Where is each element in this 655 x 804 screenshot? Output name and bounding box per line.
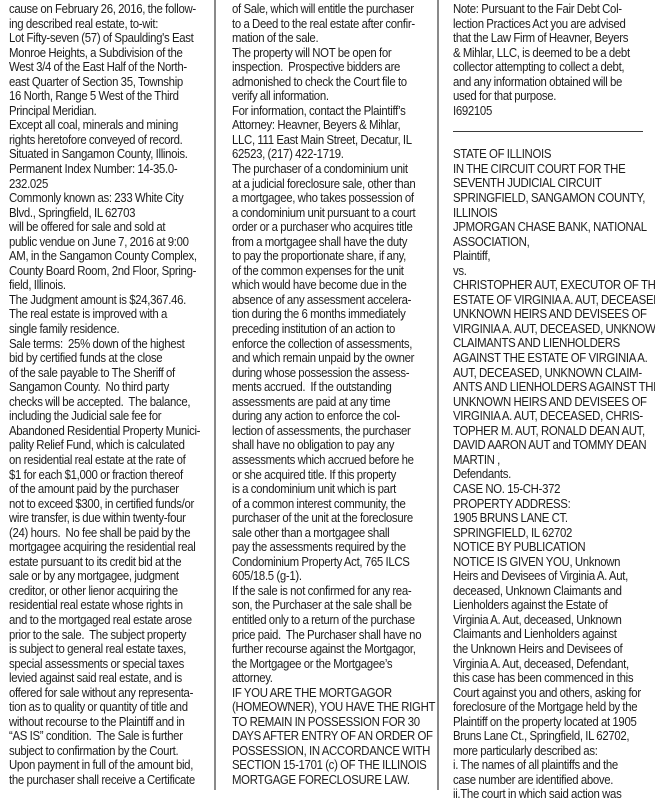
text-line: to a Deed to the real estate after confi… bbox=[232, 17, 418, 32]
text-line: Commonly known as: 233 White City bbox=[9, 191, 190, 206]
text-line: NOTICE IS GIVEN YOU, Unknown bbox=[453, 555, 639, 570]
text-line: not to exceed $300, in certified funds/o… bbox=[9, 497, 190, 512]
text-line: Attorney: Heavner, Beyers & Mihlar, bbox=[232, 118, 418, 133]
text-line: and to the mortgaged real estate arose bbox=[9, 613, 190, 628]
text-line: TO REMAIN IN POSSESSION FOR 30 bbox=[232, 715, 418, 730]
text-line: Permanent Index Number: 14-35.0- bbox=[9, 162, 190, 177]
text-line: a mortgagee, who takes possession of bbox=[232, 191, 418, 206]
text-line: mortgagee acquiring the residential real bbox=[9, 540, 190, 555]
text-line: UNKNOWN HEIRS AND DEVISEES OF bbox=[453, 307, 639, 322]
text-line: estate pursuant to its credit bid at the bbox=[9, 555, 190, 570]
text-line: price paid. The Purchaser shall have no bbox=[232, 628, 418, 643]
section-separator-rule bbox=[453, 131, 643, 132]
court-notice: STATE OF ILLINOISIN THE CIRCUIT COURT FO… bbox=[453, 147, 639, 802]
text-line: JPMORGAN CHASE BANK, NATIONAL bbox=[453, 220, 639, 235]
text-line: the purchaser shall receive a Certificat… bbox=[9, 773, 190, 788]
text-line: CLAIMANTS AND LIENHOLDERS bbox=[453, 336, 639, 351]
text-line: of Sale, which will entitle the purchase… bbox=[232, 2, 418, 17]
text-line: Situated in Sangamon County, Illinois. bbox=[9, 147, 190, 162]
text-line: and any information obtained will be bbox=[453, 75, 639, 90]
text-line: admonished to check the Court file to bbox=[232, 75, 418, 90]
text-line: VIRGINIA A. AUT, DECEASED, UNKNOWN bbox=[453, 322, 639, 337]
text-line: public vendue on June 7, 2016 at 9:00 bbox=[9, 235, 190, 250]
text-line: purchaser of the unit at the foreclosure bbox=[232, 511, 418, 526]
text-line: ing described real estate, to-wit: bbox=[9, 17, 190, 32]
column-divider-1 bbox=[214, 0, 216, 790]
text-line: The purchaser of a condominium unit bbox=[232, 162, 418, 177]
text-line: offered for sale without any representa- bbox=[9, 686, 190, 701]
text-line: single family residence. bbox=[9, 322, 190, 337]
text-line: which would have become due in the bbox=[232, 278, 418, 293]
text-line: this case has been commenced in this bbox=[453, 671, 639, 686]
text-line: VIRGINIA A. AUT, DECEASED, CHRIS- bbox=[453, 409, 639, 424]
text-line: Court against you and others, asking for bbox=[453, 686, 639, 701]
text-line: Bruns Lane Ct., Springfield, IL 62702, bbox=[453, 729, 639, 744]
text-line: prior to the sale. The subject property bbox=[9, 628, 190, 643]
text-line: DAVID AARON AUT and TOMMY DEAN bbox=[453, 438, 639, 453]
text-line: 16 North, Range 5 West of the Third bbox=[9, 89, 190, 104]
text-line: CHRISTOPHER AUT, EXECUTOR OF THE bbox=[453, 278, 639, 293]
legal-notices-page: cause on February 26, 2016, the follow-i… bbox=[0, 0, 655, 804]
column-2-sale-terms-continued: of Sale, which will entitle the purchase… bbox=[232, 2, 418, 788]
text-line: NOTICE BY PUBLICATION bbox=[453, 540, 639, 555]
text-line: West 3/4 of the East Half of the North- bbox=[9, 60, 190, 75]
text-line: lection of assessments, the purchaser bbox=[232, 424, 418, 439]
text-line: further recourse against the Mortgagor, bbox=[232, 642, 418, 657]
section-gap bbox=[453, 118, 639, 147]
text-line: assessments which accrued before he bbox=[232, 453, 418, 468]
text-line: 62523, (217) 422-1719. bbox=[232, 147, 418, 162]
text-line: Lienholders against the Estate of bbox=[453, 598, 639, 613]
text-line: & Mihlar, LLC, is deemed to be a debt bbox=[453, 46, 639, 61]
text-line: ments accrued. If the outstanding bbox=[232, 380, 418, 395]
text-line: field, Illinois. bbox=[9, 278, 190, 293]
text-line: AM, in the Sangamon County Complex, bbox=[9, 249, 190, 264]
text-line: I692105 bbox=[453, 104, 639, 119]
text-line: special assessments or special taxes bbox=[9, 657, 190, 672]
text-line: rights heretofore conveyed of record. bbox=[9, 133, 190, 148]
text-line: during whose possession the assess- bbox=[232, 366, 418, 381]
text-line: order or a purchaser who acquires title bbox=[232, 220, 418, 235]
text-line: pay the assessments required by the bbox=[232, 540, 418, 555]
text-line: entitled only to a return of the purchas… bbox=[232, 613, 418, 628]
text-line: Except all coal, minerals and mining bbox=[9, 118, 190, 133]
text-line: cause on February 26, 2016, the follow- bbox=[9, 2, 190, 17]
text-line: tion as to quality or quantity of title … bbox=[9, 700, 190, 715]
text-line: Monroe Heights, a Subdivision of the bbox=[9, 46, 190, 61]
column-3-notice-by-publication: Note: Pursuant to the Fair Debt Col-lect… bbox=[453, 2, 639, 802]
text-line: “AS IS” condition. The Sale is further bbox=[9, 729, 190, 744]
text-line: Virginia A. Aut, deceased, Defendant, bbox=[453, 657, 639, 672]
text-line: Sale terms: 25% down of the highest bbox=[9, 337, 190, 352]
text-line: If the sale is not confirmed for any rea… bbox=[232, 584, 418, 599]
text-line: preceding institution of an action to bbox=[232, 322, 418, 337]
text-line: vs. bbox=[453, 264, 639, 279]
text-line: without recourse to the Plaintiff and in bbox=[9, 715, 190, 730]
text-line: 1905 BRUNS LANE CT. bbox=[453, 511, 639, 526]
text-line: more particularly described as: bbox=[453, 744, 639, 759]
text-line: at a judicial foreclosure sale, other th… bbox=[232, 177, 418, 192]
text-line: of the common expenses for the unit bbox=[232, 264, 418, 279]
text-line: foreclosure of the Mortgage held by the bbox=[453, 700, 639, 715]
text-line: pality Relief Fund, which is calculated bbox=[9, 438, 190, 453]
text-line: including the Judicial sale fee for bbox=[9, 409, 190, 424]
column-1-foreclosure-sale-notice: cause on February 26, 2016, the follow-i… bbox=[9, 2, 190, 788]
text-line: AGAINST THE ESTATE OF VIRGINIA A. bbox=[453, 351, 639, 366]
text-line: from a mortgagee shall have the duty bbox=[232, 235, 418, 250]
text-line: LLC, 111 East Main Street, Decatur, IL bbox=[232, 133, 418, 148]
text-line: the Unknown Heirs and Devisees of bbox=[453, 642, 639, 657]
text-line: Abandoned Residential Property Munici- bbox=[9, 424, 190, 439]
text-line: Claimants and Lienholders against bbox=[453, 627, 639, 642]
text-line: to pay the proportionate share, if any, bbox=[232, 249, 418, 264]
text-line: POSSESSION, IN ACCORDANCE WITH bbox=[232, 744, 418, 759]
text-line: and which remain unpaid by the owner bbox=[232, 351, 418, 366]
text-line: will be offered for sale and sold at bbox=[9, 220, 190, 235]
text-line: IF YOU ARE THE MORTGAGOR bbox=[232, 686, 418, 701]
text-line: or she acquired title. If this property bbox=[232, 468, 418, 483]
text-line: (HOMEOWNER), YOU HAVE THE RIGHT bbox=[232, 700, 418, 715]
text-line: The Judgment amount is $24,367.46. bbox=[9, 293, 190, 308]
debt-collection-note: Note: Pursuant to the Fair Debt Col-lect… bbox=[453, 2, 639, 118]
text-line: Sangamon County. No third party bbox=[9, 380, 190, 395]
text-line: Lot Fifty-seven (57) of Spaulding's East bbox=[9, 31, 190, 46]
text-line: the Mortgagee or the Mortgagee’s bbox=[232, 657, 418, 672]
text-line: STATE OF ILLINOIS bbox=[453, 147, 639, 162]
text-line: The property will NOT be open for bbox=[232, 46, 418, 61]
text-line: is subject to general real estate taxes, bbox=[9, 642, 190, 657]
text-line: sale other than a mortgagee shall bbox=[232, 526, 418, 541]
text-line: on residential real estate at the rate o… bbox=[9, 453, 190, 468]
column-divider-2 bbox=[437, 0, 439, 790]
text-line: inspection. Prospective bidders are bbox=[232, 60, 418, 75]
text-line: ASSOCIATION, bbox=[453, 235, 639, 250]
text-line: SPRINGFIELD, SANGAMON COUNTY, bbox=[453, 191, 639, 206]
text-line: assessments are paid at any time bbox=[232, 395, 418, 410]
text-line: bid by certified funds at the close bbox=[9, 351, 190, 366]
text-line: creditor, or other lienor acquiring the bbox=[9, 584, 190, 599]
text-line: SECTION 15-1701 (c) OF THE ILLINOIS bbox=[232, 758, 418, 773]
text-line: subject to confirmation by the Court. bbox=[9, 744, 190, 759]
text-line: UNKNOWN HEIRS AND DEVISEES OF bbox=[453, 395, 639, 410]
text-line: (24) hours. No fee shall be paid by the bbox=[9, 526, 190, 541]
text-line: deceased, Unknown Claimants and bbox=[453, 584, 639, 599]
text-line: of a common interest community, the bbox=[232, 497, 418, 512]
text-line: PROPERTY ADDRESS: bbox=[453, 497, 639, 512]
text-line: ANTS AND LIENHOLDERS AGAINST THE bbox=[453, 380, 639, 395]
text-line: MARTIN , bbox=[453, 453, 639, 468]
text-line: residential real estate whose rights in bbox=[9, 598, 190, 613]
text-line: ILLINOIS bbox=[453, 206, 639, 221]
text-line: collector attempting to collect a debt, bbox=[453, 60, 639, 75]
text-line: Plaintiff, bbox=[453, 249, 639, 264]
text-line: lection Practices Act you are advised bbox=[453, 17, 639, 32]
text-line: wire transfer, is due within twenty-four bbox=[9, 511, 190, 526]
text-line: Upon payment in full of the amount bid, bbox=[9, 758, 190, 773]
text-line: AUT, DECEASED, UNKNOWN CLAIM- bbox=[453, 366, 639, 381]
text-line: during any action to enforce the col- bbox=[232, 409, 418, 424]
text-line: ii.The court in which said action was bbox=[453, 787, 639, 802]
text-line: SPRINGFIELD, IL 62702 bbox=[453, 526, 639, 541]
text-line: used for that purpose. bbox=[453, 89, 639, 104]
text-line: Principal Meridian. bbox=[9, 104, 190, 119]
text-line: absence of any assessment accelera- bbox=[232, 293, 418, 308]
text-line: Note: Pursuant to the Fair Debt Col- bbox=[453, 2, 639, 17]
text-line: i. The names of all plaintiffs and the bbox=[453, 758, 639, 773]
text-line: IN THE CIRCUIT COURT FOR THE bbox=[453, 162, 639, 177]
text-line: sale or by any mortgagee, judgment bbox=[9, 569, 190, 584]
text-line: Defendants. bbox=[453, 467, 639, 482]
text-line: that the Law Firm of Heavner, Beyers bbox=[453, 31, 639, 46]
text-line: a condominium unit pursuant to a court bbox=[232, 206, 418, 221]
text-line: 232.025 bbox=[9, 177, 190, 192]
text-line: DAYS AFTER ENTRY OF AN ORDER OF bbox=[232, 729, 418, 744]
text-line: levied against said real estate, and is bbox=[9, 671, 190, 686]
text-line: son, the Purchaser at the sale shall be bbox=[232, 598, 418, 613]
text-line: $1 for each $1,000 or fraction thereof bbox=[9, 468, 190, 483]
text-line: tion during the 6 months immediately bbox=[232, 307, 418, 322]
text-line: Condominium Property Act, 765 ILCS bbox=[232, 555, 418, 570]
text-line: County Board Room, 2nd Floor, Spring- bbox=[9, 264, 190, 279]
text-line: 605/18.5 (g-1). bbox=[232, 569, 418, 584]
text-line: The real estate is improved with a bbox=[9, 307, 190, 322]
text-line: of the amount paid by the purchaser bbox=[9, 482, 190, 497]
text-line: For information, contact the Plaintiff’s bbox=[232, 104, 418, 119]
text-line: of the sale payable to The Sheriff of bbox=[9, 366, 190, 381]
text-line: enforce the collection of assessments, bbox=[232, 337, 418, 352]
text-line: east Quarter of Section 35, Township bbox=[9, 75, 190, 90]
text-line: Heirs and Devisees of Virginia A. Aut, bbox=[453, 569, 639, 584]
text-line: ESTATE OF VIRGINIA A. AUT, DECEASED, bbox=[453, 293, 639, 308]
text-line: mation of the sale. bbox=[232, 31, 418, 46]
text-line: CASE NO. 15-CH-372 bbox=[453, 482, 639, 497]
text-line: Plaintiff on the property located at 190… bbox=[453, 715, 639, 730]
text-line: attorney. bbox=[232, 671, 418, 686]
text-line: case number are identified above. bbox=[453, 773, 639, 788]
text-line: is a condominium unit which is part bbox=[232, 482, 418, 497]
text-line: Blvd., Springfield, IL 62703 bbox=[9, 206, 190, 221]
text-line: SEVENTH JUDICIAL CIRCUIT bbox=[453, 176, 639, 191]
text-line: TOPHER M. AUT, RONALD DEAN AUT, bbox=[453, 424, 639, 439]
text-line: checks will be accepted. The balance, bbox=[9, 395, 190, 410]
text-line: Virginia A. Aut, deceased, Unknown bbox=[453, 613, 639, 628]
text-line: shall have no obligation to pay any bbox=[232, 438, 418, 453]
text-line: verify all information. bbox=[232, 89, 418, 104]
text-line: MORTGAGE FORECLOSURE LAW. bbox=[232, 773, 418, 788]
